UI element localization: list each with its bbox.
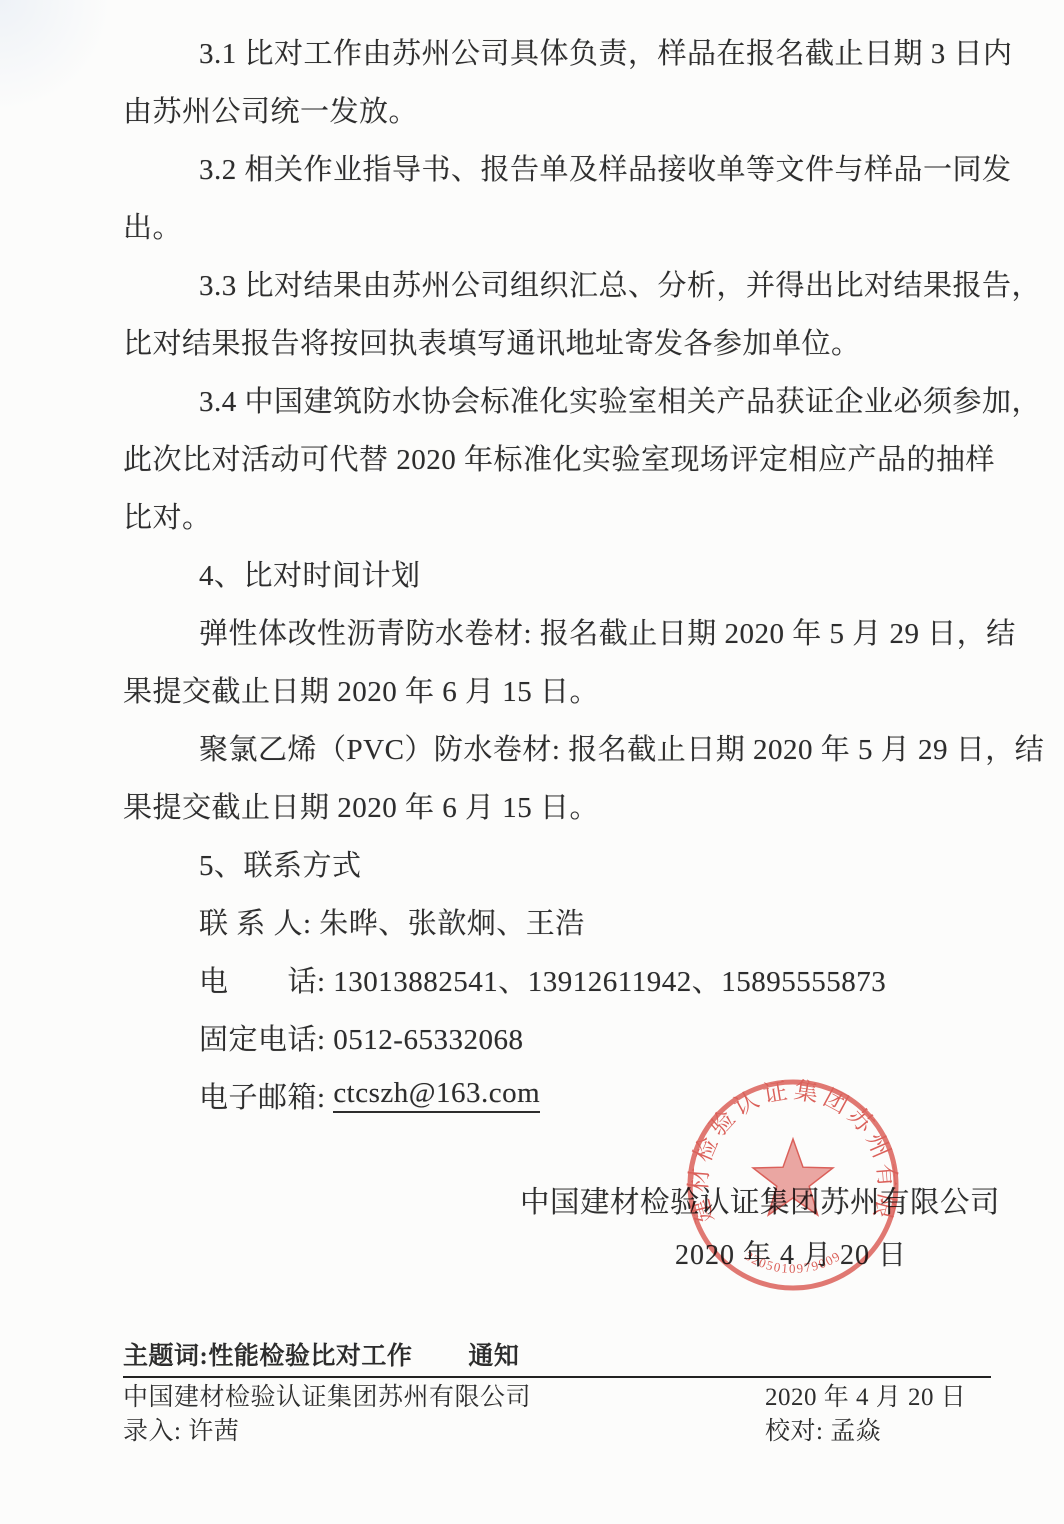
contact-person-line: 联 系 人: 朱晔、张歆炯、王浩: [123, 892, 1003, 950]
body-line: 3.4 中国建筑防水协会标准化实验室相关产品获证企业必须参加，: [123, 370, 1003, 428]
subject-label: 主题词:: [123, 1336, 208, 1372]
proof-label: 校对:: [765, 1411, 830, 1447]
body-line: 出。: [123, 196, 1003, 254]
issuer-row: 中国建材检验认证集团苏州有限公司 2020 年 4 月 20 日: [123, 1378, 991, 1412]
body-line: 比对结果报告将按回执表填写通讯地址寄发各参加单位。: [123, 312, 1003, 370]
proofreader: 校对: 孟焱: [765, 1412, 881, 1446]
subject-keywords: 性能检验比对工作: [208, 1336, 412, 1372]
entry-name: 许茜: [188, 1418, 239, 1445]
body-line: 由苏州公司统一发放。: [123, 80, 1003, 138]
issue-date: 2020 年 4 月 20 日: [765, 1378, 966, 1412]
body-line: 3.3 比对结果由苏州公司组织汇总、分析，并得出比对结果报告，: [123, 254, 1003, 312]
document-footer: 主题词:性能检验比对工作通知 中国建材检验认证集团苏州有限公司 2020 年 4…: [123, 1342, 991, 1446]
seal-serial-number: 3205010979009: [742, 1248, 843, 1276]
issuer-name: 中国建材检验认证集团苏州有限公司: [123, 1377, 531, 1413]
entry-label: 录入:: [123, 1418, 188, 1445]
body-line: 弹性体改性沥青防水卷材: 报名截止日期 2020 年 5 月 29 日，结: [123, 602, 1003, 660]
company-seal-stamp: 中国建材检验认证集团苏州有限公司 3205010979009: [683, 1074, 905, 1298]
contact-landline-line: 固定电话: 0512-65332068: [123, 1008, 1003, 1066]
email-address: ctcszh@163.com: [333, 1077, 540, 1113]
proof-name: 孟焱: [830, 1411, 881, 1447]
entry-proof-row: 录入: 许茜 校对: 孟焱: [123, 1412, 991, 1446]
document-page: 3.1 比对工作由苏州公司具体负责，样品在报名截止日期 3 日内 由苏州公司统一…: [0, 0, 1064, 1524]
email-label: 电子邮箱:: [199, 1075, 333, 1116]
body-line: 此次比对活动可代替 2020 年标准化实验室现场评定相应产品的抽样: [123, 428, 1003, 486]
section-heading-time-plan: 4、比对时间计划: [123, 544, 1003, 602]
section-heading-contact: 5、联系方式: [123, 834, 1003, 892]
contact-phone-line: 电 话: 13013882541、13912611942、15895555873: [123, 950, 1003, 1008]
body-line: 3.1 比对工作由苏州公司具体负责，样品在报名截止日期 3 日内: [123, 22, 1003, 80]
body-line: 果提交截止日期 2020 年 6 月 15 日。: [123, 660, 1003, 718]
subject-keywords-row: 主题词:性能检验比对工作通知: [123, 1342, 991, 1378]
subject-doc-type: 通知: [468, 1336, 519, 1372]
body-line: 3.2 相关作业指导书、报告单及样品接收单等文件与样品一同发: [123, 138, 1003, 196]
entry-clerk: 录入: 许茜: [123, 1411, 239, 1447]
body-line: 比对。: [123, 486, 1003, 544]
seal-star-icon: [753, 1139, 833, 1215]
body-line: 果提交截止日期 2020 年 6 月 15 日。: [123, 776, 1003, 834]
body-line: 聚氯乙烯（PVC）防水卷材: 报名截止日期 2020 年 5 月 29 日，结: [123, 718, 1003, 776]
